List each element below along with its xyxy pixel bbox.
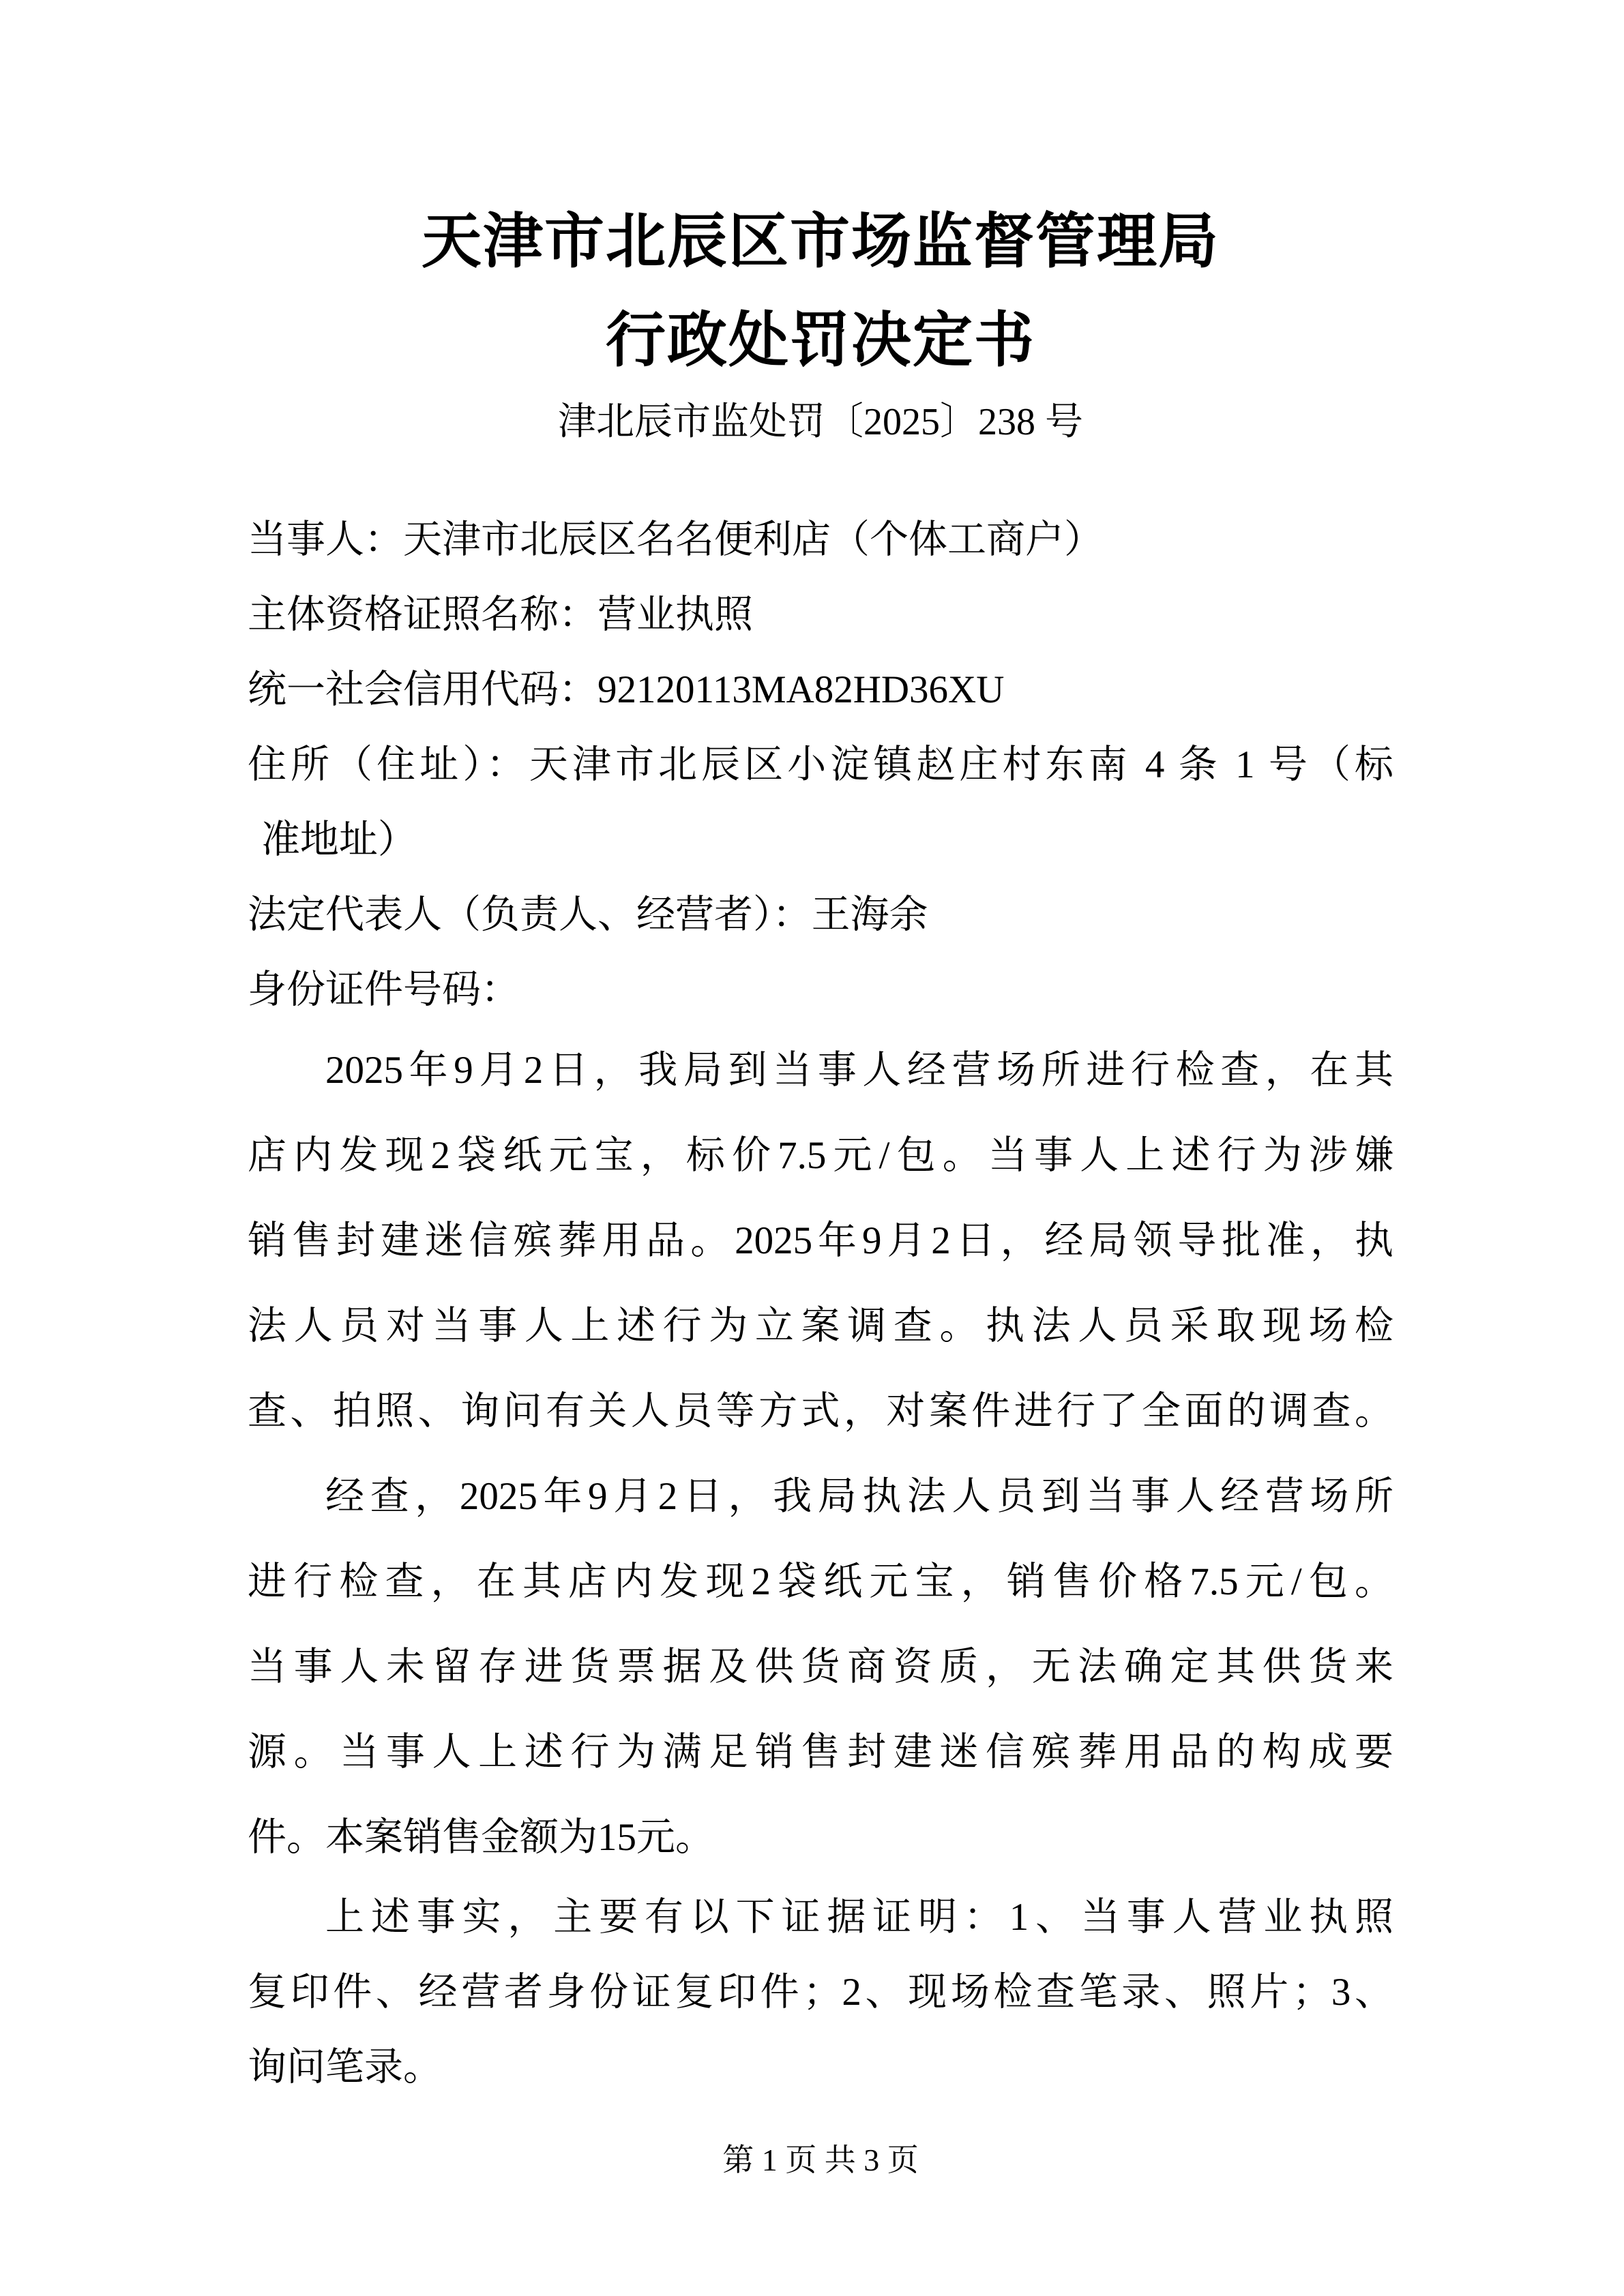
text-line: 2025年9月2日，我局到当事人经营场所进行检查，在其 [248,1028,1393,1113]
text-line: 准地址） [248,803,1393,878]
page-footer: 第 1 页 共 3 页 [248,2145,1393,2176]
text-line: 进行检查，在其店内发现2袋纸元宝，销售价格7.5元/包。 [248,1539,1393,1624]
document-title-line2: 行政处罚决定书 [248,312,1393,372]
text-line: 法人员对当事人上述行为立案调查。执法人员采取现场检 [248,1283,1393,1369]
text-line: 法定代表人（负责人、经营者）：王海余 [248,878,1393,953]
text-line: 件。本案销售金额为15元。 [248,1795,1393,1880]
text-line: 主体资格证照名称：营业执照 [248,578,1393,653]
paragraph-block-evidence: 上述事实，主要有以下证据证明：1、当事人营业执照复印件、经营者身份证复印件；2、… [248,1880,1393,2105]
penalty-decision-document-page: 天津市北辰区市场监督管理局 行政处罚决定书 津北辰市监处罚〔2025〕238 号… [0,0,1624,2296]
text-line: 查、拍照、询问有关人员等方式，对案件进行了全面的调查。 [248,1369,1393,1454]
document-body: 当事人：天津市北辰区名名便利店（个体工商户）主体资格证照名称：营业执照统一社会信… [248,503,1393,2105]
text-line: 统一社会信用代码：92120113MA82HD36XU [248,653,1393,728]
text-line: 当事人未留存进货票据及供货商资质，无法确定其供货来 [248,1624,1393,1710]
text-line: 复印件、经营者身份证复印件；2、现场检查笔录、照片；3、 [248,1955,1393,2030]
text-line: 住所（住址）：天津市北辰区小淀镇赵庄村东南 4 条 1 号（标 [248,728,1393,803]
text-line: 店内发现2袋纸元宝，标价7.5元/包。当事人上述行为涉嫌 [248,1113,1393,1198]
paragraph-block-case-facts: 2025年9月2日，我局到当事人经营场所进行检查，在其店内发现2袋纸元宝，标价7… [248,1028,1393,1880]
text-line: 上述事实，主要有以下证据证明：1、当事人营业执照 [248,1880,1393,1955]
document-title-line1: 天津市北辰区市场监督管理局 [248,213,1393,273]
text-line: 当事人：天津市北辰区名名便利店（个体工商户） [248,503,1393,578]
text-line: 身份证件号码： [248,953,1393,1028]
text-line: 销售封建迷信殡葬用品。2025年9月2日，经局领导批准，执 [248,1198,1393,1283]
paragraph-block-party-info: 当事人：天津市北辰区名名便利店（个体工商户）主体资格证照名称：营业执照统一社会信… [248,503,1393,1028]
document-number: 津北辰市监处罚〔2025〕238 号 [248,403,1393,441]
text-line: 源。当事人上述行为满足销售封建迷信殡葬用品的构成要 [248,1710,1393,1795]
text-line: 询问笔录。 [248,2030,1393,2105]
text-line: 经查，2025年9月2日，我局执法人员到当事人经营场所 [248,1454,1393,1539]
